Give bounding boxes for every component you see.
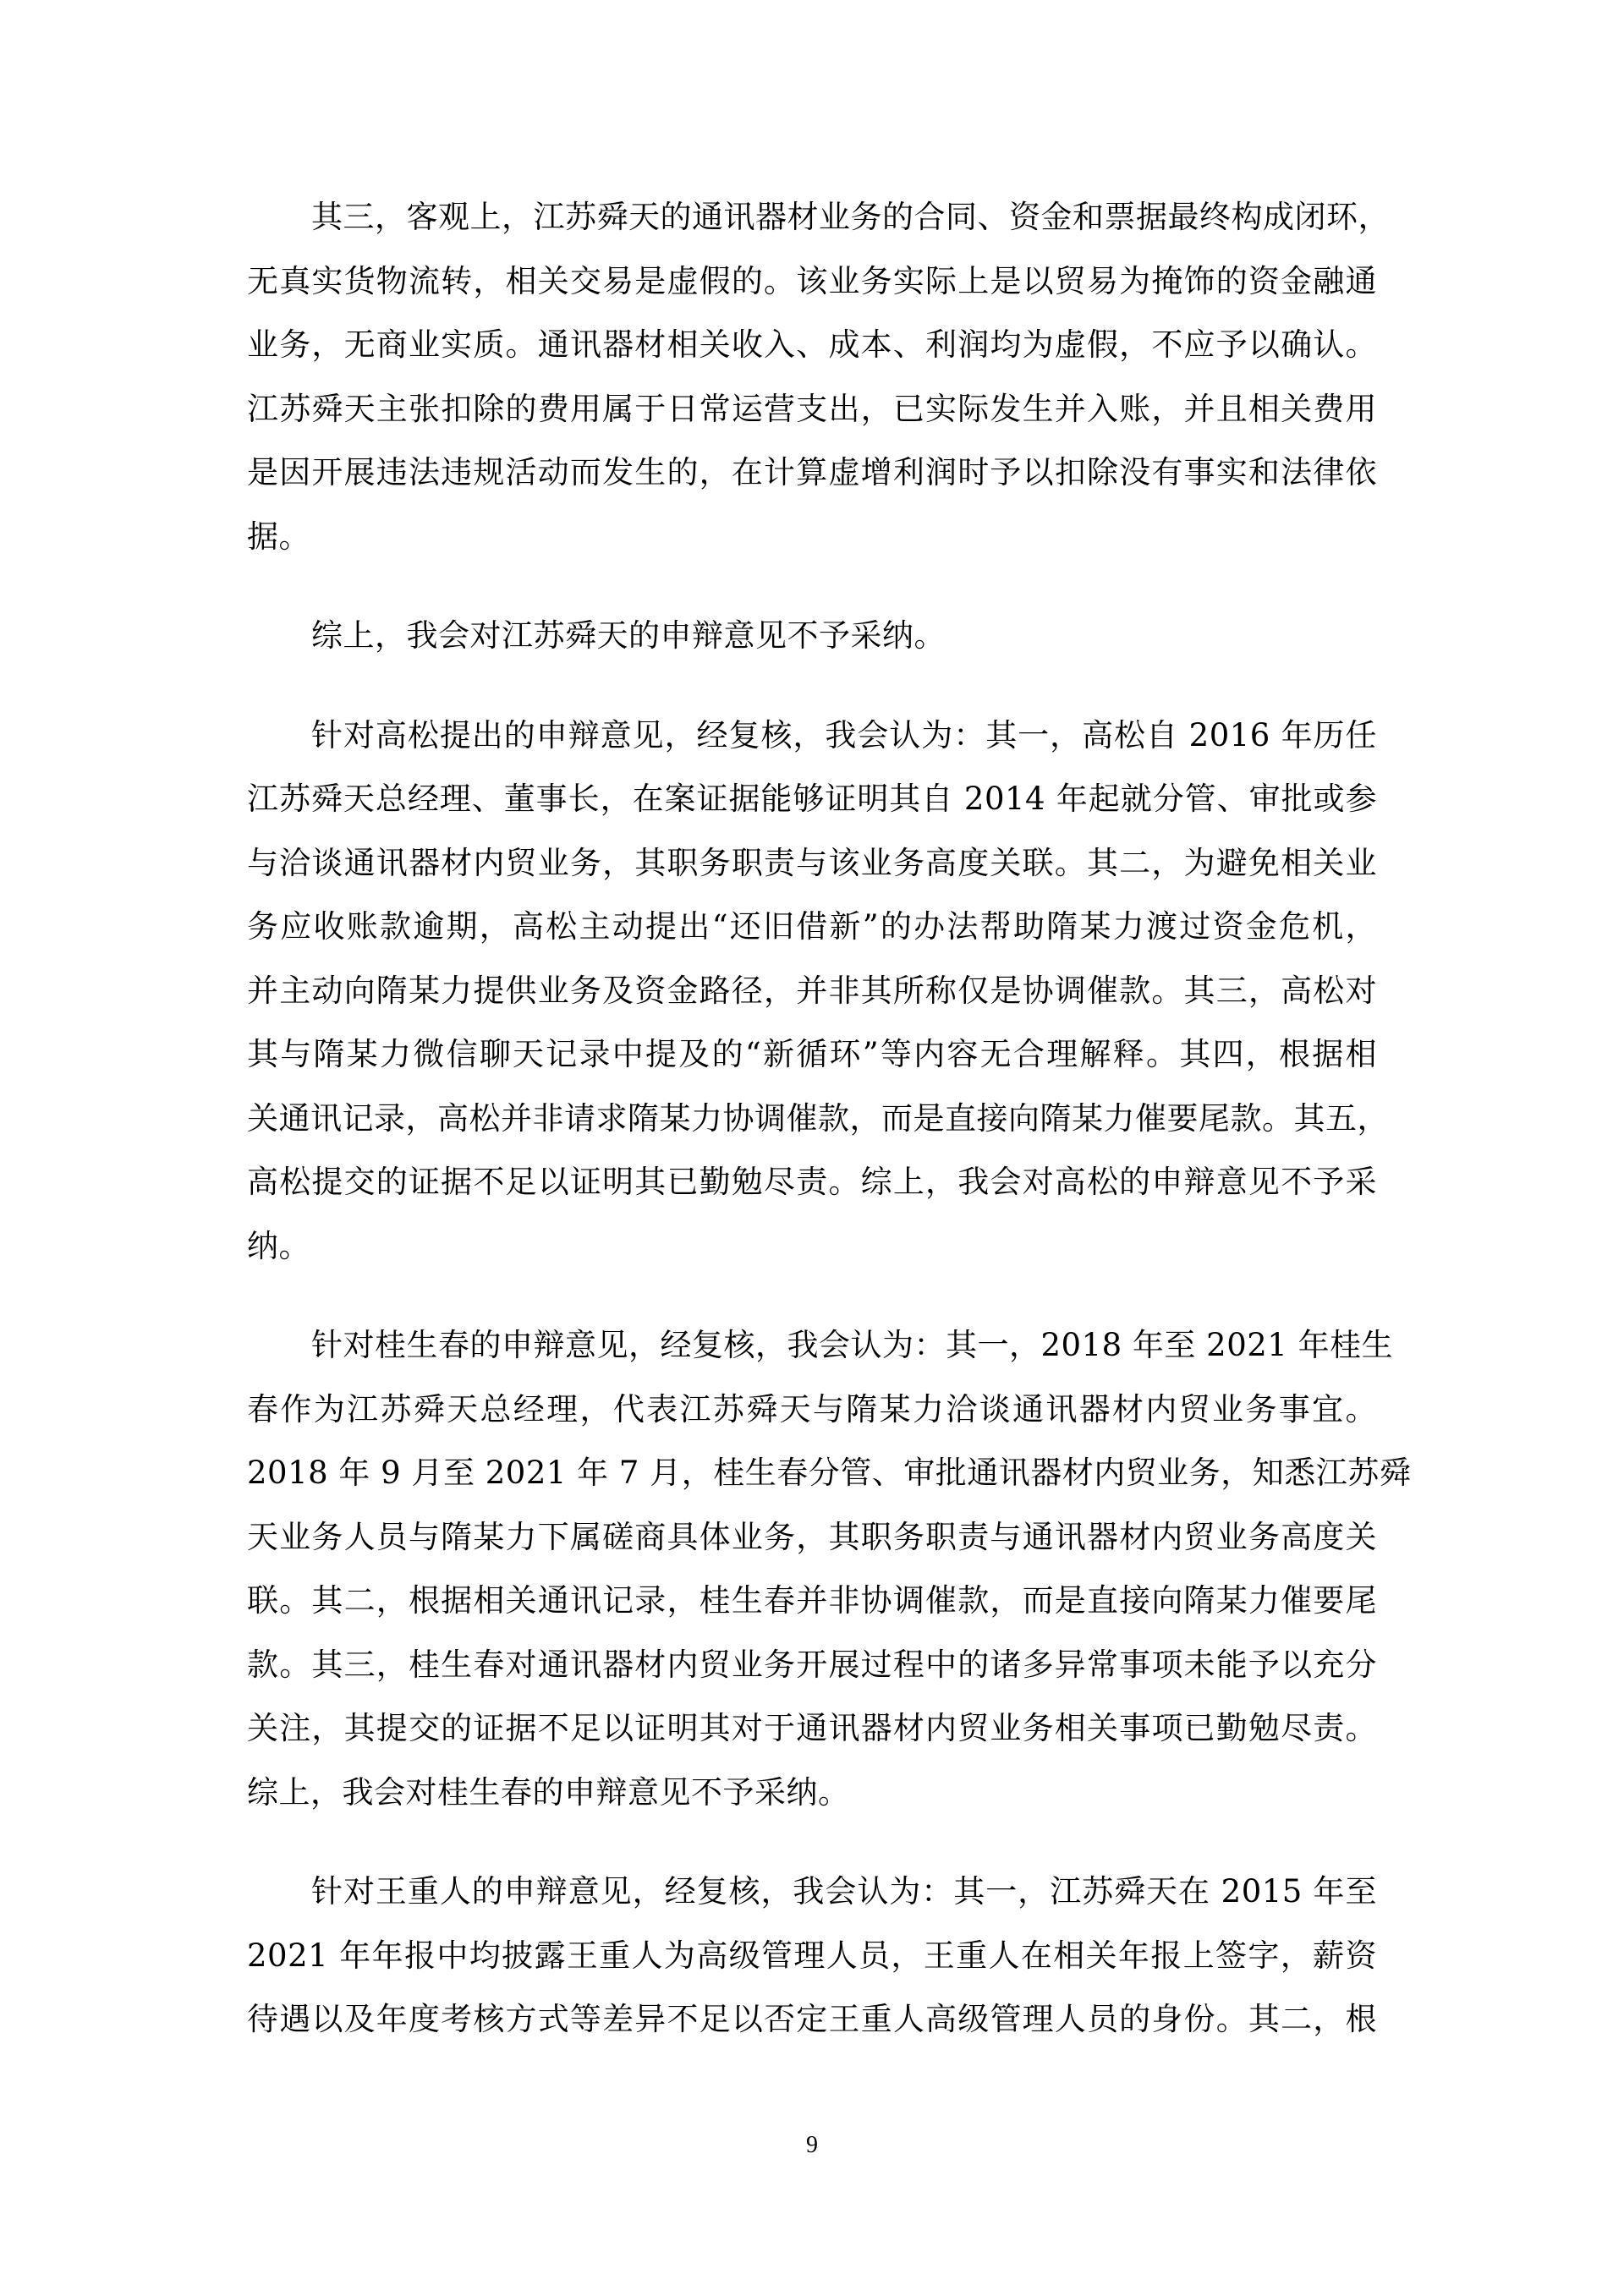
- text-line: 并主动向隋某力提供业务及资金路径，并非其所称仅是协调催款。其三，高松对: [247, 959, 1377, 1023]
- text-line: 江苏舜天总经理、董事长，在案证据能够证明其自 2014 年起就分管、审批或参: [247, 767, 1377, 831]
- document-body: 其三，客观上，江苏舜天的通讯器材业务的合同、资金和票据最终构成闭环， 无真实货物…: [247, 185, 1377, 2087]
- text-line: 综上，我会对桂生春的申辩意见不予采纳。: [247, 1761, 1377, 1825]
- text-line: 联。其二，根据相关通讯记录，桂生春并非协调催款，而是直接向隋某力催要尾: [247, 1569, 1377, 1633]
- text-line: 关通讯记录，高松并非请求隋某力协调催款，而是直接向隋某力催要尾款。其五，: [247, 1087, 1377, 1151]
- text-line: 针对王重人的申辩意见，经复核，我会认为：其一，江苏舜天在 2015 年至: [247, 1860, 1377, 1924]
- text-line: 待遇以及年度考核方式等差异不足以否定王重人高级管理人员的身份。其二，根: [247, 1987, 1377, 2052]
- paragraph-gao-song-review: 针对高松提出的申辩意见，经复核，我会认为：其一，高松自 2016 年历任 江苏舜…: [247, 704, 1377, 1279]
- text-line: 据。: [247, 505, 1377, 569]
- text-line: 其与隋某力微信聊天记录中提及的“新循环”等内容无合理解释。其四，根据相: [247, 1022, 1377, 1087]
- text-line: 针对桂生春的申辩意见，经复核，我会认为：其一，2018 年至 2021 年桂生: [247, 1313, 1377, 1378]
- text-line: 2021 年年报中均披露王重人为高级管理人员，王重人在相关年报上签字，薪资: [247, 1924, 1377, 1988]
- paragraph-jiangsu-shuntian-third-point: 其三，客观上，江苏舜天的通讯器材业务的合同、资金和票据最终构成闭环， 无真实货物…: [247, 185, 1377, 568]
- text-line: 江苏舜天主张扣除的费用属于日常运营支出，已实际发生并入账，并且相关费用: [247, 377, 1377, 441]
- text-line: 综上，我会对江苏舜天的申辩意见不予采纳。: [247, 604, 1377, 668]
- document-page: 其三，客观上，江苏舜天的通讯器材业务的合同、资金和票据最终构成闭环， 无真实货物…: [0, 0, 1624, 2296]
- text-line: 无真实货物流转，相关交易是虚假的。该业务实际上是以贸易为掩饰的资金融通: [247, 249, 1377, 314]
- paragraph-gui-shengchun-review: 针对桂生春的申辩意见，经复核，我会认为：其一，2018 年至 2021 年桂生 …: [247, 1313, 1377, 1824]
- text-line: 务应收账款逾期，高松主动提出“还旧借新”的办法帮助隋某力渡过资金危机，: [247, 895, 1377, 959]
- text-line: 与洽谈通讯器材内贸业务，其职务职责与该业务高度关联。其二，为避免相关业: [247, 831, 1377, 896]
- text-line: 高松提交的证据不足以证明其已勤勉尽责。综上，我会对高松的申辩意见不予采: [247, 1150, 1377, 1214]
- text-line: 款。其三，桂生春对通讯器材内贸业务开展过程中的诸多异常事项未能予以充分: [247, 1633, 1377, 1697]
- paragraph-wang-zhongren-review: 针对王重人的申辩意见，经复核，我会认为：其一，江苏舜天在 2015 年至 202…: [247, 1860, 1377, 2052]
- text-line: 2018 年 9 月至 2021 年 7 月，桂生春分管、审批通讯器材内贸业务，…: [247, 1441, 1377, 1505]
- text-line: 关注，其提交的证据不足以证明其对于通讯器材内贸业务相关事项已勤勉尽责。: [247, 1696, 1377, 1761]
- text-line: 春作为江苏舜天总经理，代表江苏舜天与隋某力洽谈通讯器材内贸业务事宜。: [247, 1378, 1377, 1442]
- text-line: 其三，客观上，江苏舜天的通讯器材业务的合同、资金和票据最终构成闭环，: [247, 185, 1377, 249]
- text-line: 是因开展违法违规活动而发生的，在计算虚增利润时予以扣除没有事实和法律依: [247, 441, 1377, 505]
- paragraph-jiangsu-shuntian-conclusion: 综上，我会对江苏舜天的申辩意见不予采纳。: [247, 604, 1377, 668]
- text-line: 业务，无商业实质。通讯器材相关收入、成本、利润均为虚假，不应予以确认。: [247, 313, 1377, 377]
- text-line: 纳。: [247, 1214, 1377, 1279]
- text-line: 针对高松提出的申辩意见，经复核，我会认为：其一，高松自 2016 年历任: [247, 704, 1377, 768]
- text-line: 天业务人员与隋某力下属磋商具体业务，其职务职责与通讯器材内贸业务高度关: [247, 1505, 1377, 1570]
- page-number: 9: [0, 2131, 1624, 2160]
